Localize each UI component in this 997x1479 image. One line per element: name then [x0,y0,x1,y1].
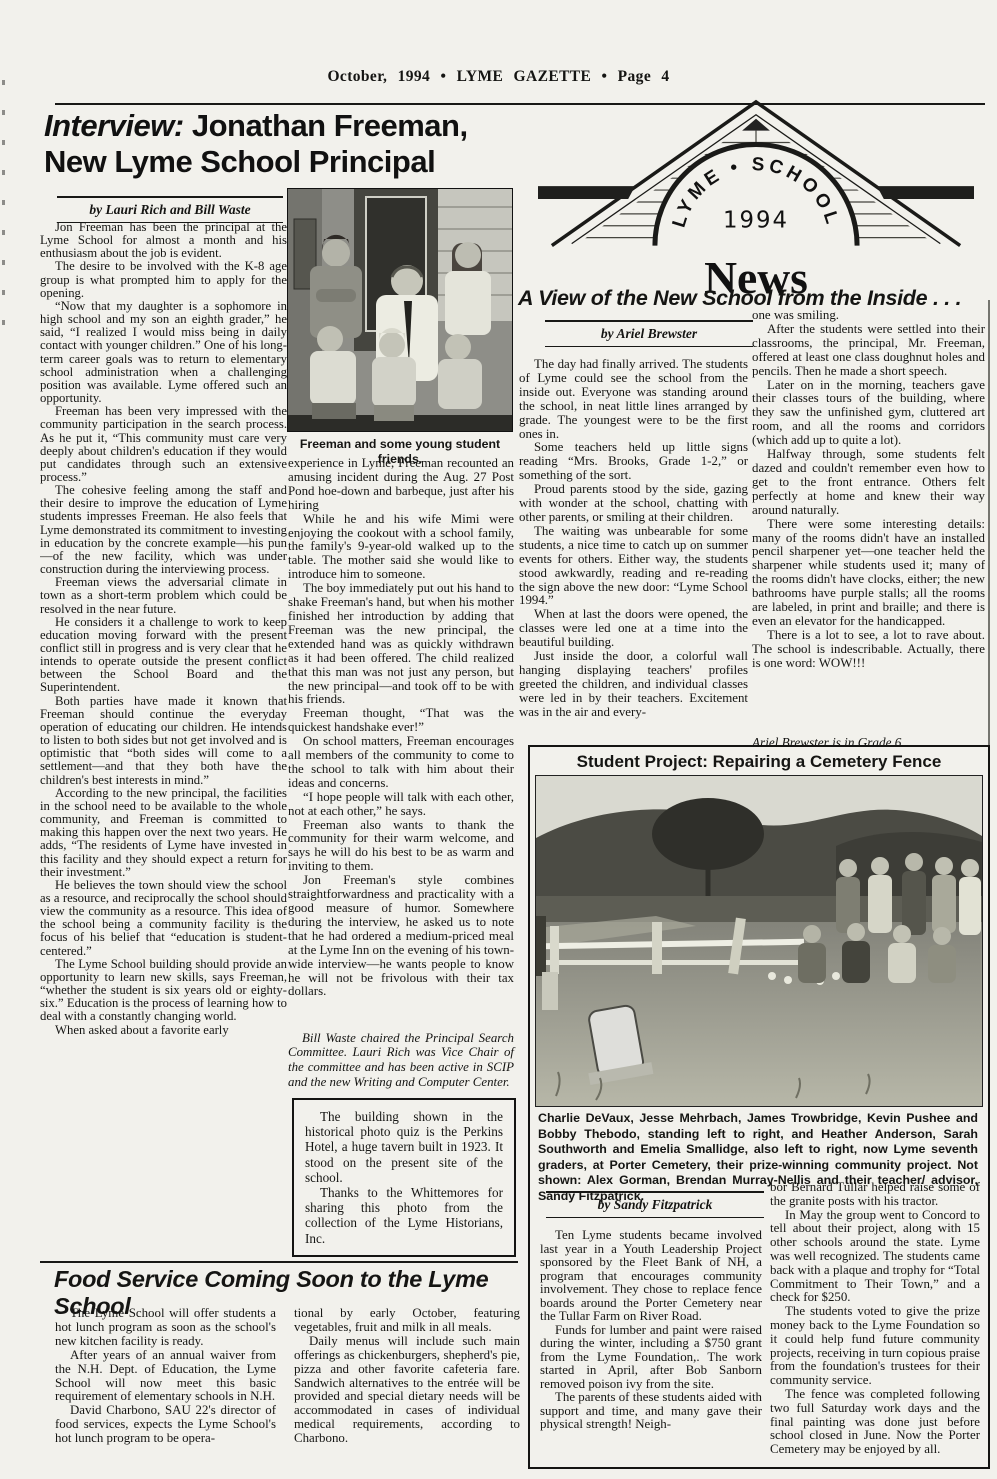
paragraph: Halfway through, some students felt daze… [752,448,985,518]
page-edge-rule [988,300,990,745]
view-article-column-1: The day had finally arrived. The student… [519,358,748,746]
paragraph: Freeman thought, “That was the quickest … [288,707,514,735]
paragraph: Both parties have made it known that Fre… [40,695,287,787]
paragraph: After years of an annual waiver from the… [55,1349,276,1405]
paragraph: Later on in the morning, teachers gave t… [752,379,985,449]
paragraph: bor Bernard Tullar helped raise some of … [770,1181,980,1209]
fitzpatrick-byline: by Sandy Fitzpatrick [546,1191,764,1218]
paragraph: The parents of these students aided with… [540,1391,762,1432]
paragraph: Funds for lumber and paint were raised d… [540,1324,762,1392]
paragraph: In May the group went to Concord to tell… [770,1209,980,1306]
paragraph: The students voted to give the prize mon… [770,1305,980,1388]
page-header: October, 1994 • LYME GAZETTE • Page 4 [0,68,997,86]
food-service-column-1: The Lyme School will offer students a ho… [55,1307,276,1459]
interview-column-2: experience in Lyme, Freeman recounted an… [288,457,514,1013]
interview-headline-line1: Interview: Jonathan Freeman, [44,108,468,143]
view-article-column-2: one was smiling.After the students were … [752,309,985,717]
food-service-rule [40,1261,518,1263]
paragraph: On school matters, Freeman encourages al… [288,735,514,791]
paragraph: The cohesive feeling among the staff and… [40,484,287,576]
paragraph: Thanks to the Whittemores for sharing th… [305,1185,503,1246]
paragraph: David Charbono, SAU 22's director of foo… [55,1404,276,1446]
view-article-byline: by Ariel Brewster [545,320,753,347]
cemetery-photo [535,775,981,1105]
paragraph: The desire to be involved with the K-8 a… [40,260,287,299]
food-service-column-2: tional by early October, featuring veget… [294,1307,520,1459]
paragraph: Freeman also wants to thank the communit… [288,819,514,875]
paragraph: The building shown in the historical pho… [305,1109,503,1185]
paragraph: one was smiling. [752,309,985,323]
freeman-photo: Freeman and some young student friends. [287,188,513,467]
paragraph: The Lyme School building should provide … [40,958,287,1024]
paragraph: Freeman views the adversarial climate in… [40,576,287,615]
paragraph: experience in Lyme, Freeman recounted an… [288,457,514,513]
paragraph: While he and his wife Mimi were enjoying… [288,513,514,583]
interview-byline: by Lauri Rich and Bill Waste [57,196,283,223]
paragraph: There is a lot to see, a lot to rave abo… [752,629,985,671]
cemetery-photo-image [535,775,983,1107]
paragraph: He considers it a challenge to work to k… [40,616,287,695]
paragraph: The fence was completed following two fu… [770,1388,980,1457]
student-project-section: Student Project: Repairing a Cemetery Fe… [528,745,990,1469]
paragraph: Ten Lyme students became involved last y… [540,1229,762,1324]
paragraph: When asked about a favorite early [40,1024,287,1037]
photo-quiz-box: The building shown in the historical pho… [292,1098,516,1257]
paragraph: “Now that my daughter is a sophomore in … [40,300,287,405]
paragraph: The day had finally arrived. The student… [519,358,748,441]
student-project-title: Student Project: Repairing a Cemetery Fe… [530,751,988,773]
paragraph: Proud parents stood by the side, gazing … [519,483,748,525]
paragraph: When at last the doors were opened, the … [519,608,748,650]
newspaper-page: October, 1994 • LYME GAZETTE • Page 4 In… [0,0,997,1479]
paragraph: Daily menus will include such main offer… [294,1335,520,1446]
paragraph: The boy immediately put out his hand to … [288,582,514,707]
paragraph: After the students were settled into the… [752,323,985,379]
paragraph: The waiting was unbearable for some stud… [519,525,748,608]
paragraph: According to the new principal, the faci… [40,787,287,879]
interview-headline-line2: New Lyme School Principal [44,144,530,180]
interview-column-1: Jon Freeman has been the principal at th… [40,221,287,1253]
paragraph: “I hope people will talk with each other… [288,791,514,819]
paragraph: The Lyme School will offer students a ho… [55,1307,276,1349]
interview-endnote: Bill Waste chaired the Principal Search … [288,1031,514,1089]
interview-headline: Interview: Jonathan Freeman, New Lyme Sc… [44,108,530,180]
freeman-photo-image [287,188,513,432]
paragraph: Freeman has been very impressed with the… [40,405,287,484]
scan-artifact-marks [2,80,5,340]
interview-headline-kicker: Interview: [44,108,184,143]
paragraph: Jon Freeman's style combines straightfor… [288,874,514,999]
paragraph: He believes the town should view the sch… [40,879,287,958]
news-section-logo: LYME • SCHOOL 1994 News [538,94,974,308]
paragraph: Jon Freeman has been the principal at th… [40,221,287,260]
interview-headline-name: Jonathan Freeman, [184,108,468,143]
fitzpatrick-column-1: Ten Lyme students became involved last y… [540,1229,762,1461]
view-article-headline: A View of the New School from the Inside… [518,286,990,311]
paragraph: tional by early October, featuring veget… [294,1307,520,1335]
paragraph: Just inside the door, a colorful wall ha… [519,650,748,720]
paragraph: Some teachers held up little signs readi… [519,441,748,483]
school-gable-logo-graphic: LYME • SCHOOL 1994 News [538,94,974,306]
fitzpatrick-column-2: bor Bernard Tullar helped raise some of … [770,1181,980,1463]
logo-year: 1994 [723,208,789,234]
paragraph: There were some interesting details: man… [752,518,985,629]
